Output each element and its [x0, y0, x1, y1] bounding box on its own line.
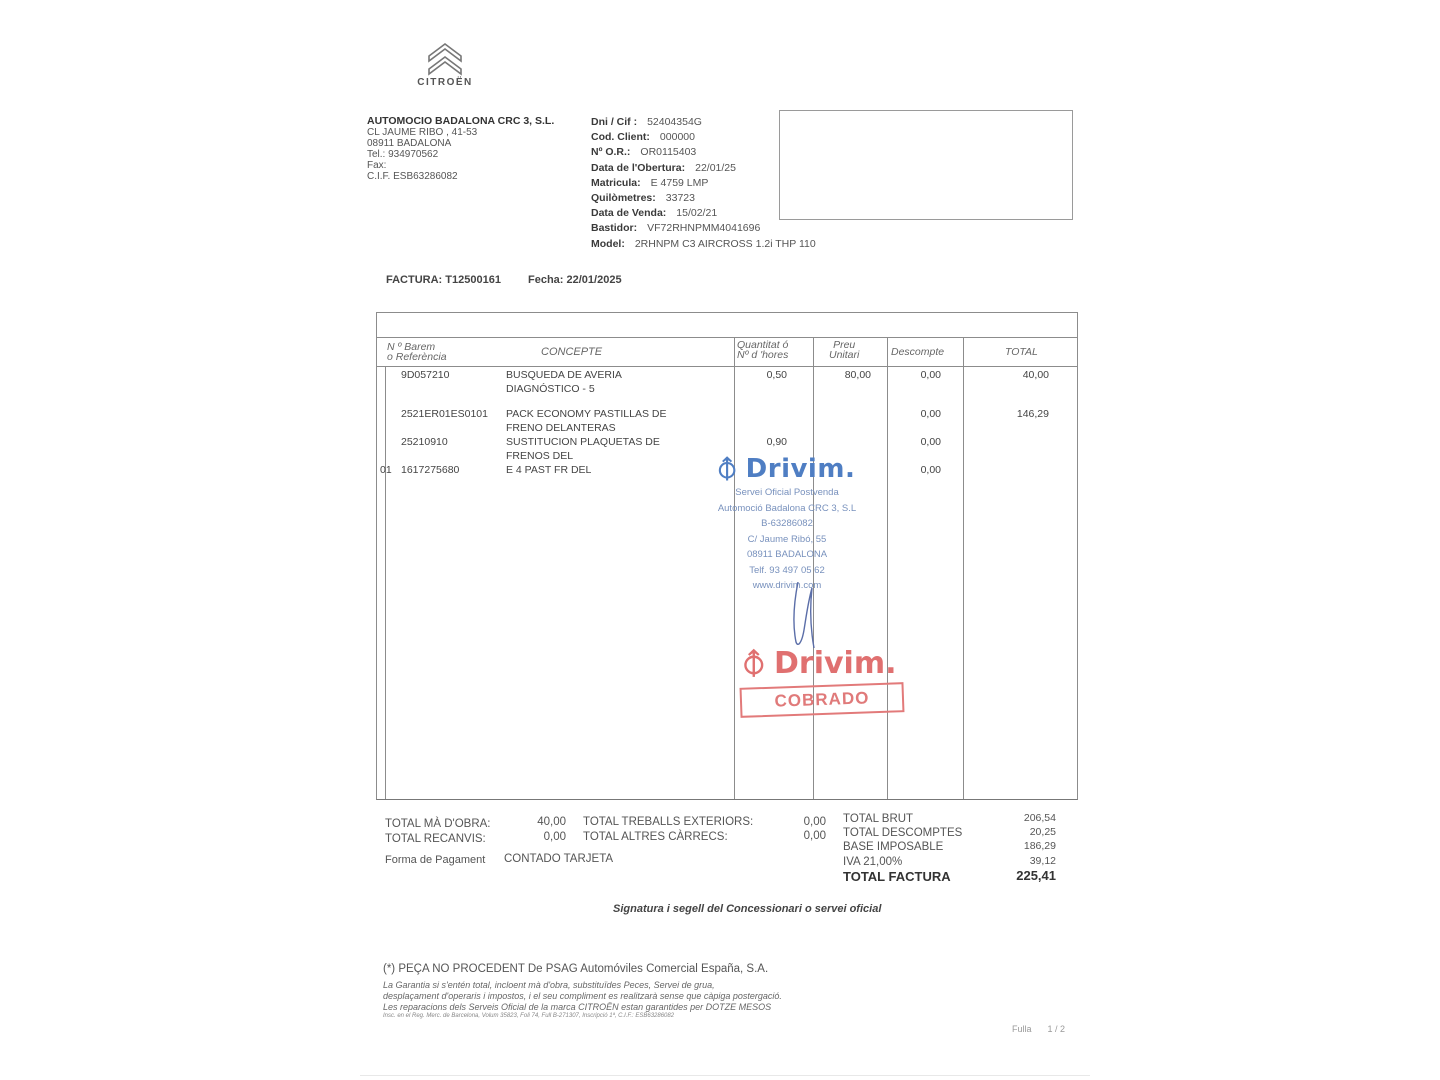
client-field-value: 22/01/25	[695, 162, 736, 174]
summary-label: TOTAL BRUT	[843, 812, 913, 827]
grand-total-label: TOTAL FACTURA	[843, 869, 951, 884]
row-unit-price: 80,00	[817, 368, 871, 382]
row-quantity: 0,50	[737, 368, 787, 382]
company-city: 08911 BADALONA	[367, 138, 554, 149]
row-discount: 0,00	[891, 463, 941, 477]
client-field: Model:2RHNPM C3 AIRCROSS 1.2i THP 110	[591, 237, 816, 252]
invoice-date: Fecha: 22/01/2025	[528, 274, 622, 286]
citroen-logo: CITROËN	[408, 40, 482, 92]
page-number: 1 / 2	[1048, 1024, 1066, 1034]
summary-value: 186,29	[990, 839, 1056, 854]
paid-stamp: ⦽ Drivim. COBRADO	[740, 646, 915, 715]
summary-value: 39,12	[990, 854, 1056, 869]
registry-text: Insc. en el Reg. Merc. de Barcelona, Vol…	[383, 1013, 782, 1019]
row-concept: E 4 PAST FR DEL	[506, 463, 591, 477]
column-divider	[887, 338, 888, 799]
company-cif: C.I.F. ESB63286082	[367, 171, 554, 182]
row-quantity: 0,90	[737, 435, 787, 449]
page-indicator: Fulla1 / 2	[1012, 1024, 1065, 1034]
total-other-value: 0,00	[790, 829, 826, 844]
row-reference: 9D057210	[401, 368, 449, 382]
summary-value: 20,25	[990, 825, 1056, 840]
row-reference: 1617275680	[401, 463, 459, 477]
header-quantity: Quantitat óNº d 'hores	[737, 340, 788, 360]
row-discount: 0,00	[891, 368, 941, 382]
drivim-logo-red: ⦽ Drivim.	[740, 646, 915, 681]
column-divider	[385, 366, 386, 799]
total-other-label: TOTAL ALTRES CÀRRECS:	[583, 830, 728, 845]
total-parts-value: 0,00	[508, 830, 566, 845]
row-reference: 2521ER01ES0101	[401, 407, 488, 421]
company-tel: Tel.: 934970562	[367, 149, 554, 160]
client-field-value: OR0115403	[640, 146, 696, 158]
drivim-arc-icon: ⦽	[744, 646, 764, 681]
table-header: N º Baremo Referència CONCEPTE Quantitat…	[377, 338, 1077, 367]
drivim-arc-icon: ⦽	[719, 454, 736, 484]
invoice-number: FACTURA: T12500161	[386, 274, 501, 286]
invoice-header: FACTURA: T12500161 Fecha: 22/01/2025	[386, 274, 622, 286]
total-external-label: TOTAL TREBALLS EXTERIORS:	[583, 815, 753, 830]
client-field-label: Data de Venda:	[591, 207, 666, 219]
client-field-value: VF72RHNPMM4041696	[647, 222, 760, 234]
warranty-line: La Garantia si s'entén total, incloent m…	[383, 980, 782, 991]
client-field-label: Nº O.R.:	[591, 146, 630, 158]
row-prefix: 01	[380, 463, 392, 477]
row-concept: FRENOS DEL	[506, 449, 573, 463]
footer-notes: (*) PEÇA NO PROCEDENT De PSAG Automóvile…	[383, 963, 782, 1019]
row-total: 146,29	[977, 407, 1049, 421]
table-top-band	[377, 313, 1077, 338]
client-field: Bastidor:VF72RHNPMM4041696	[591, 221, 816, 236]
page-edge	[360, 1075, 1090, 1076]
client-field-label: Quilòmetres:	[591, 192, 656, 204]
company-fax: Fax:	[367, 160, 554, 171]
stamp-line: 08911 BADALONA	[702, 547, 872, 563]
client-address-box	[779, 110, 1073, 220]
client-field-label: Bastidor:	[591, 222, 637, 234]
total-external-value: 0,00	[790, 815, 826, 830]
client-field-label: Data de l'Obertura:	[591, 162, 685, 174]
total-labour-value: 40,00	[508, 815, 566, 830]
brand-name: CITROËN	[408, 77, 482, 88]
footer-heading: (*) PEÇA NO PROCEDENT De PSAG Automóvile…	[383, 963, 782, 975]
row-discount: 0,00	[891, 407, 941, 421]
warranty-line: Les reparacions dels Serveis Oficial de …	[383, 1002, 782, 1013]
citroen-double-chevron-icon	[425, 40, 465, 76]
client-field-label: Cod. Client:	[591, 131, 650, 143]
stamp-line: B-63286082	[702, 516, 872, 532]
warranty-line: desplaçament d'operaris i impostos, i el…	[383, 991, 782, 1002]
company-name: AUTOMOCIO BADALONA CRC 3, S.L.	[367, 116, 554, 127]
header-ref: N º Baremo Referència	[387, 342, 447, 362]
client-field-value: 33723	[666, 192, 695, 204]
row-concept: BUSQUEDA DE AVERIA	[506, 368, 622, 382]
stamp-line: C/ Jaume Ribó, 55	[702, 532, 872, 548]
payment-value: CONTADO TARJETA	[504, 852, 613, 867]
client-field-label: Matricula:	[591, 177, 641, 189]
company-address: CL JAUME RIBO , 41-53	[367, 127, 554, 138]
summary-label: IVA 21,00%	[843, 855, 902, 870]
stamp-line: Telf. 93 497 05 62	[702, 563, 872, 579]
client-field-value: 2RHNPM C3 AIRCROSS 1.2i THP 110	[635, 238, 816, 250]
header-concept: CONCEPTE	[541, 347, 602, 357]
summary-label: TOTAL DESCOMPTES	[843, 826, 962, 841]
header-discount: Descompte	[891, 347, 944, 357]
summary-value: 206,54	[990, 811, 1056, 826]
stamp-line: Servei Oficial Postvenda	[702, 485, 872, 501]
header-unit-price: PreuUnitari	[829, 340, 859, 360]
summary-label: BASE IMPOSABLE	[843, 840, 943, 855]
row-concept: FRENO DELANTERAS	[506, 421, 616, 435]
service-stamp: ⦽ Drivim. Servei Oficial PostvendaAutomo…	[702, 454, 872, 594]
grand-total-value: 225,41	[990, 868, 1056, 883]
paid-status: COBRADO	[740, 682, 905, 718]
row-concept: DIAGNÓSTICO - 5	[506, 382, 595, 396]
row-reference: 25210910	[401, 435, 448, 449]
header-total: TOTAL	[1005, 347, 1038, 357]
row-concept: PACK ECONOMY PASTILLAS DE	[506, 407, 666, 421]
stamp-line: Automoció Badalona CRC 3, S.L	[702, 501, 872, 517]
row-total: 40,00	[977, 368, 1049, 382]
total-parts-label: TOTAL RECANVIS:	[385, 832, 486, 847]
client-field-label: Model:	[591, 238, 625, 250]
column-divider	[963, 338, 964, 799]
drivim-logo: ⦽ Drivim.	[702, 454, 872, 485]
client-field-value: 15/02/21	[676, 207, 717, 219]
client-field-value: 000000	[660, 131, 695, 143]
total-labour-label: TOTAL MÀ D'OBRA:	[385, 817, 491, 832]
handwritten-signature	[786, 582, 826, 652]
signature-caption: Signatura i segell del Concessionari o s…	[613, 903, 881, 915]
client-field-value: E 4759 LMP	[651, 177, 709, 189]
page-label: Fulla	[1012, 1024, 1032, 1034]
row-concept: SUSTITUCION PLAQUETAS DE	[506, 435, 660, 449]
row-discount: 0,00	[891, 435, 941, 449]
payment-label: Forma de Pagament	[385, 853, 485, 868]
client-field-label: Dni / Cif :	[591, 116, 637, 128]
client-field-value: 52404354G	[647, 116, 702, 128]
company-block: AUTOMOCIO BADALONA CRC 3, S.L. CL JAUME …	[367, 116, 554, 182]
